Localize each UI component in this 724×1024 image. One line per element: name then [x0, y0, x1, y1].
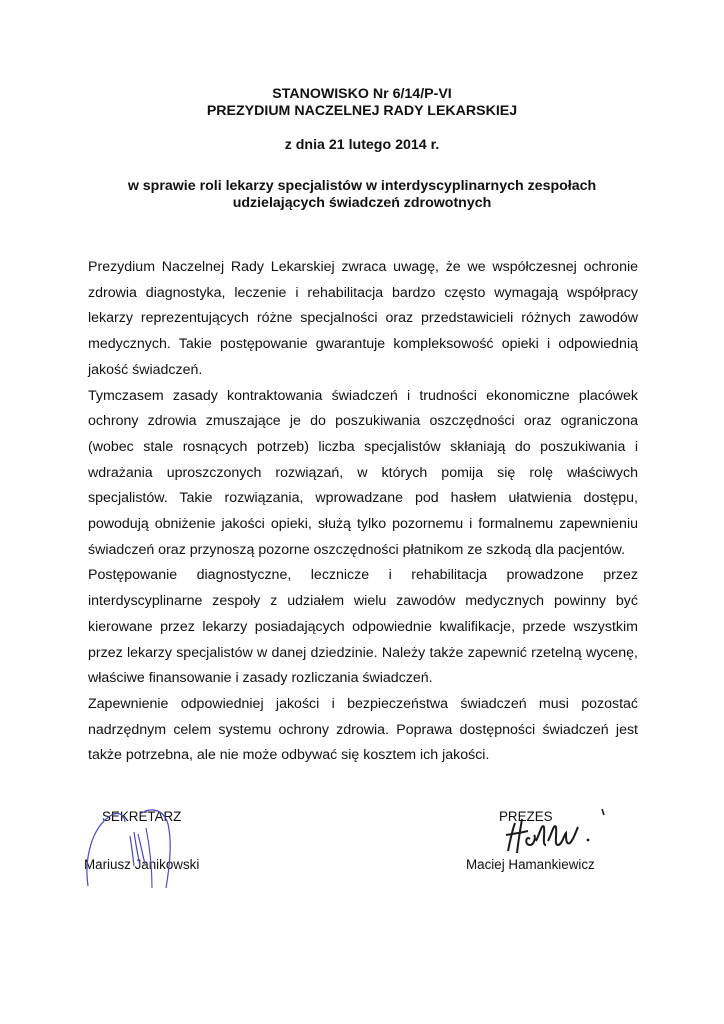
signature-role-secretary: SEKRETARZ — [102, 809, 181, 825]
title-line-2: PREZYDIUM NACZELNEJ RADY LEKARSKIEJ — [0, 103, 724, 120]
signature-name-president: Maciej Hamankiewicz — [466, 857, 595, 873]
paragraph-3: Postępowanie diagnostyczne, lecznicze i … — [88, 563, 638, 692]
paragraph-2: Tymczasem zasady kontraktowania świadcze… — [88, 384, 638, 564]
document-body: Prezydium Naczelnej Rady Lekarskiej zwra… — [88, 255, 638, 769]
signature-name-secretary: Mariusz Janikowski — [84, 857, 199, 873]
subject-line-1: w sprawie roli lekarzy specjalistów w in… — [0, 178, 724, 195]
title-line-1: STANOWISKO Nr 6/14/P-VI — [0, 86, 724, 103]
document-page: STANOWISKO Nr 6/14/P-VI PREZYDIUM NACZEL… — [0, 0, 724, 1024]
document-date: z dnia 21 lutego 2014 r. — [0, 137, 724, 154]
paragraph-1: Prezydium Naczelnej Rady Lekarskiej zwra… — [88, 255, 638, 384]
signature-role-president: PREZES — [499, 809, 553, 825]
document-title: STANOWISKO Nr 6/14/P-VI PREZYDIUM NACZEL… — [0, 86, 724, 120]
paragraph-4: Zapewnienie odpowiedniej jakości i bezpi… — [88, 692, 638, 769]
subject-line-2: udzielających świadczeń zdrowotnych — [0, 195, 724, 212]
document-subject: w sprawie roli lekarzy specjalistów w in… — [0, 178, 724, 212]
